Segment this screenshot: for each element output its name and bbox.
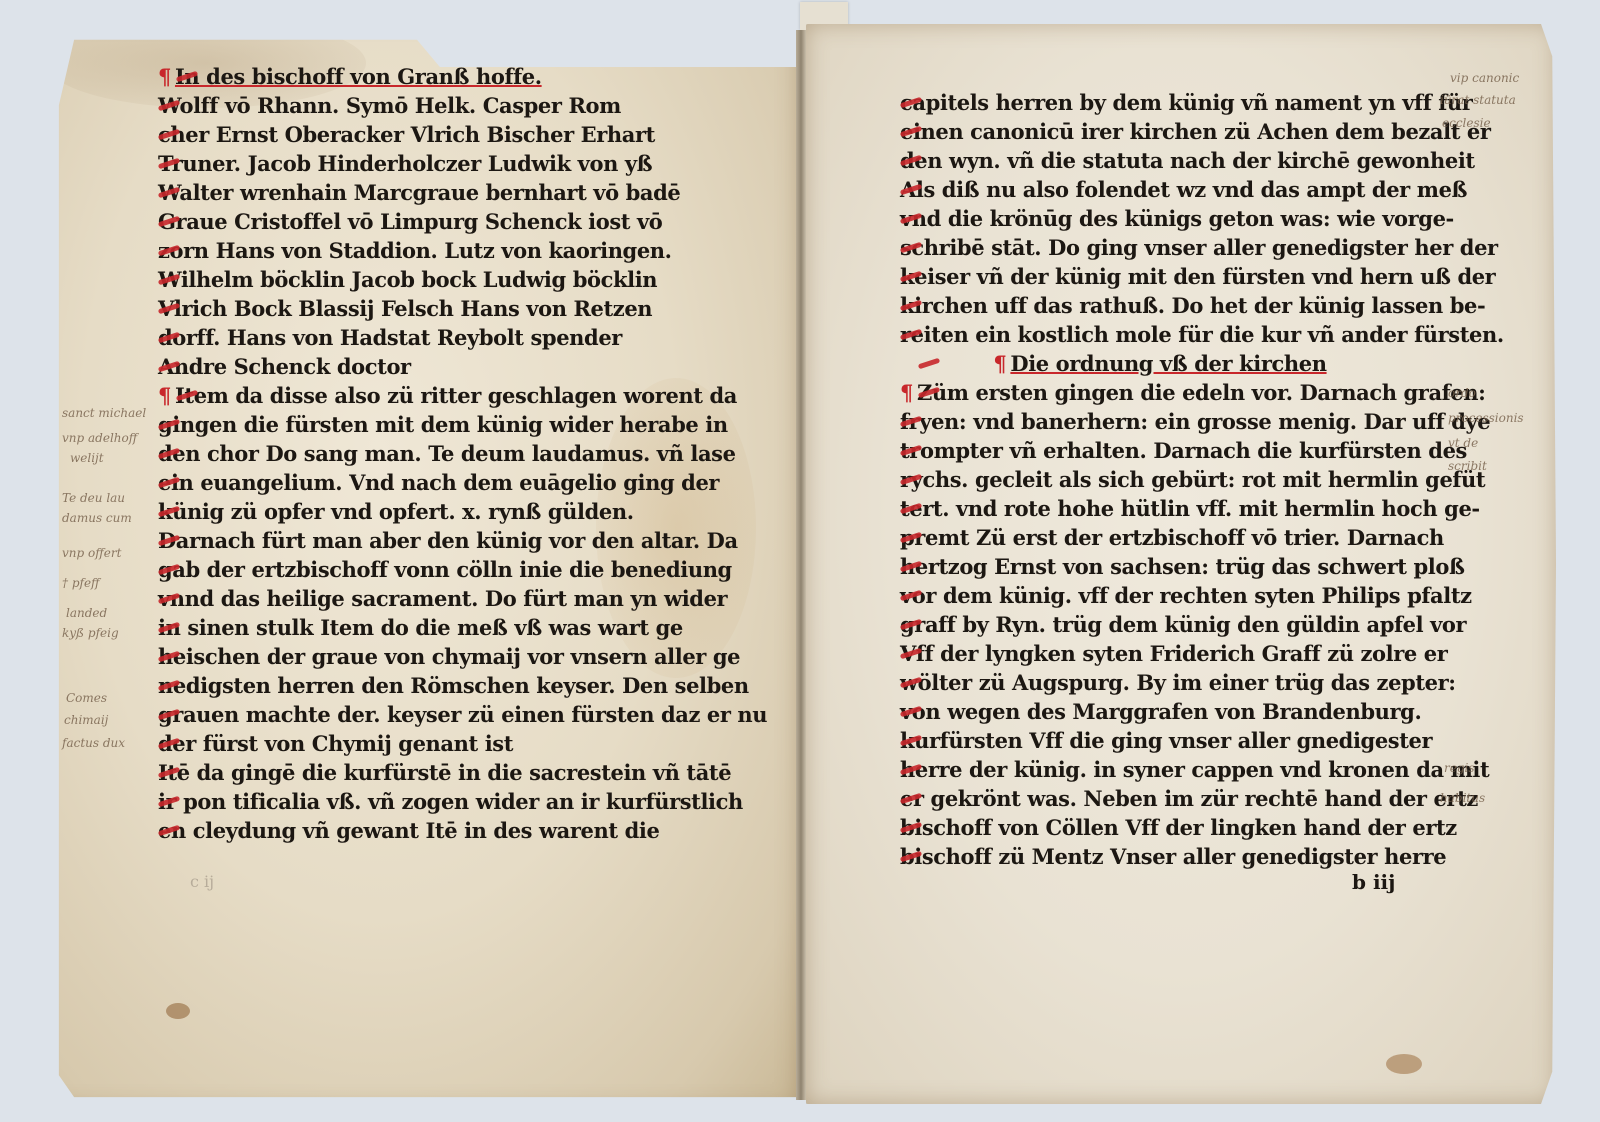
text-line: ein euangelium. Vnd nach dem euāgelio gi… [158,468,678,497]
text-line: vor dem künig. vff der rechten syten Phi… [900,581,1420,610]
line-text: Andre Schenck doctor [158,354,411,379]
marginal-note: iürat statuta [1440,92,1516,108]
text-line: Graue Cristoffel vō Limpurg Schenck iost… [158,207,678,236]
signature-mark: b iij [1352,870,1395,894]
text-line: den wyn. vñ die statuta nach der kirchē … [900,146,1420,175]
section-heading: ¶Die ordnung vß der kirchen [900,349,1420,378]
text-line: Wolff vō Rhann. Symō Helk. Casper Rom [158,91,678,120]
text-line: bischoff von Cöllen Vff der lingken hand… [900,813,1420,842]
pilcrow-icon: ¶ [158,64,171,89]
text-line: kurfürsten Vff die ging vnser aller gned… [900,726,1420,755]
text-line: capitels herren by dem künig vñ nament y… [900,88,1420,117]
line-text: Walter wrenhain Marcgraue bernhart vō ba… [158,180,680,205]
line-text: wölter zü Augspurg. By im einer trüg das… [900,670,1456,695]
marginal-note: regis [1444,760,1475,776]
text-line: graff by Ryn. trüg dem künig den güldin … [900,610,1420,639]
text-line: wölter zü Augspurg. By im einer trüg das… [900,668,1420,697]
spot-stain [1386,1054,1422,1074]
line-text: Graue Cristoffel vō Limpurg Schenck iost… [158,209,662,234]
line-text: graff by Ryn. trüg dem künig den güldin … [900,612,1466,637]
line-text: reiten ein kostlich mole für die kur vñ … [900,322,1504,347]
line-text: bischoff zü Mentz Vnser aller genedigste… [900,844,1446,869]
marginal-note: vip canonic [1450,70,1519,86]
marginal-note: scribit [1448,458,1487,474]
text-line: ¶Item da disse also zü ritter geschlagen… [158,381,678,410]
text-line: Vlrich Bock Blassij Felsch Hans von Retz… [158,294,678,323]
pilcrow-icon: ¶ [993,351,1006,376]
text-line: schribē stāt. Do ging vnser aller genedi… [900,233,1420,262]
text-line: Darnach fürt man aber den künig vor den … [158,526,678,555]
text-line: herre der künig. in syner cappen vnd kro… [900,755,1420,784]
text-line: en cleydung vñ gewant Itē in des warent … [158,816,678,845]
line-text: Truner. Jacob Hinderholczer Ludwik von y… [158,151,652,176]
text-line: in sinen stulk Item do die meß vß was wa… [158,613,678,642]
line-text: fryen: vnd banerhern: ein grosse menig. … [900,409,1490,434]
line-text: Item da disse also zü ritter geschlagen … [175,383,737,408]
text-line: Truner. Jacob Hinderholczer Ludwik von y… [158,149,678,178]
text-line: zorn Hans von Staddion. Lutz von kaoring… [158,236,678,265]
line-text: ein euangelium. Vnd nach dem euāgelio gi… [158,470,719,495]
line-text: herre der künig. in syner cappen vnd kro… [900,757,1489,782]
marginal-note: welijt [70,450,104,466]
line-text: keiser vñ der künig mit den fürsten vnd … [900,264,1495,289]
marginal-note: vnp adelhoff [62,430,137,446]
section-heading: ¶In des bischoff von Granß hoffe. [158,62,678,91]
spot-stain [166,1003,190,1019]
text-line: dorff. Hans von Hadstat Reybolt spender [158,323,678,352]
marginal-note: kyß pfeig [62,625,119,641]
pilcrow-icon: ¶ [900,380,913,405]
gutter [796,30,806,1100]
line-text: grauen machte der. keyser zü einen fürst… [158,702,767,727]
line-text: in sinen stulk Item do die meß vß was wa… [158,615,683,640]
text-line: den chor Do sang man. Te deum laudamus. … [158,439,678,468]
line-text: Als diß nu also folendet wz vnd das ampt… [900,177,1467,202]
rubrication-stroke [918,358,940,370]
line-text: Itē da gingē die kurfürstē in die sacres… [158,760,731,785]
line-text: zorn Hans von Staddion. Lutz von kaoring… [158,238,672,263]
marginal-note: processionis [1448,410,1524,426]
text-line: nedigsten herren den Römschen keyser. De… [158,671,678,700]
text-line: reiten ein kostlich mole für die kur vñ … [900,320,1420,349]
text-line: kirchen uff das rathuß. Do het der künig… [900,291,1420,320]
text-line: grauen machte der. keyser zü einen fürst… [158,700,678,729]
text-line: einen canonicū irer kirchen zü Achen dem… [900,117,1420,146]
marginal-note: ordo [1448,385,1476,401]
line-text: Wolff vō Rhann. Symō Helk. Casper Rom [158,93,621,118]
line-text: von wegen des Marggrafen von Brandenburg… [900,699,1421,724]
line-text: heischen der graue von chymaij vor vnser… [158,644,740,669]
text-line: rychs. gecleit als sich gebürt: rot mit … [900,465,1420,494]
line-text: premt Zü erst der ertzbischoff vō trier.… [900,525,1444,550]
marginal-note: † pfeff [62,575,100,591]
line-text: ir pon tificalia vß. vñ zogen wider an i… [158,789,743,814]
line-text: nedigsten herren den Römschen keyser. De… [158,673,749,698]
line-text: cher Ernst Oberacker Vlrich Bischer Erha… [158,122,655,147]
marginal-note: Comes [66,690,107,706]
text-line: künig zü opfer vnd opfert. x. rynß gülde… [158,497,678,526]
line-text: bischoff von Cöllen Vff der lingken hand… [900,815,1457,840]
marginal-note: Te deu lau [62,490,125,506]
line-text: rychs. gecleit als sich gebürt: rot mit … [900,467,1485,492]
line-text: vor dem künig. vff der rechten syten Phi… [900,583,1472,608]
left-page-text: ¶In des bischoff von Granß hoffe.Wolff v… [158,62,678,845]
line-text: hertzog Ernst von sachsen: trüg das schw… [900,554,1465,579]
text-line: premt Zü erst der ertzbischoff vō trier.… [900,523,1420,552]
line-text: Darnach fürt man aber den künig vor den … [158,528,738,553]
line-text: er gekrönt was. Neben im zür rechtē hand… [900,786,1478,811]
text-line: bischoff zü Mentz Vnser aller genedigste… [900,842,1420,871]
text-line: Vff der lyngken syten Friderich Graff zü… [900,639,1420,668]
book-spread: ¶In des bischoff von Granß hoffe.Wolff v… [0,0,1600,1122]
marginal-note: damus cum [62,510,132,526]
text-line: Andre Schenck doctor [158,352,678,381]
marginal-note: habitus [1440,790,1485,806]
text-line: trompter vñ erhalten. Darnach die kurfür… [900,436,1420,465]
text-line: ¶Züm ersten gingen die edeln vor. Darnac… [900,378,1420,407]
text-line: er gekrönt was. Neben im zür rechtē hand… [900,784,1420,813]
pilcrow-icon: ¶ [158,383,171,408]
marginal-note: landed [66,605,107,621]
marginal-note: vnp offert [62,545,121,561]
line-text: tert. vnd rote hohe hütlin vff. mit herm… [900,496,1480,521]
line-text: kurfürsten Vff die ging vnser aller gned… [900,728,1432,753]
text-line: cher Ernst Oberacker Vlrich Bischer Erha… [158,120,678,149]
text-line: tert. vnd rote hohe hütlin vff. mit herm… [900,494,1420,523]
text-line: hertzog Ernst von sachsen: trüg das schw… [900,552,1420,581]
text-line: fryen: vnd banerhern: ein grosse menig. … [900,407,1420,436]
line-text: den wyn. vñ die statuta nach der kirchē … [900,148,1475,173]
text-line: vnnd das heilige sacrament. Do fürt man … [158,584,678,613]
text-line: Als diß nu also folendet wz vnd das ampt… [900,175,1420,204]
line-text: In des bischoff von Granß hoffe. [175,64,542,89]
marginal-note: sanct michael [62,405,146,421]
line-text: en cleydung vñ gewant Itē in des warent … [158,818,659,843]
text-line: gab der ertzbischoff vonn cölln inie die… [158,555,678,584]
text-line: vnd die krönūg des künigs geton was: wie… [900,204,1420,233]
line-text: dorff. Hans von Hadstat Reybolt spender [158,325,622,350]
marginal-note: vt de [1448,435,1478,451]
text-line: heischen der graue von chymaij vor vnser… [158,642,678,671]
line-text: künig zü opfer vnd opfert. x. rynß gülde… [158,499,634,524]
text-line: Wilhelm böcklin Jacob bock Ludwig böckli… [158,265,678,294]
line-text: einen canonicū irer kirchen zü Achen dem… [900,119,1491,144]
marginal-note: chimaij [64,712,108,728]
text-line: der fürst von Chymij genant ist [158,729,678,758]
line-text: trompter vñ erhalten. Darnach die kurfür… [900,438,1467,463]
line-text: der fürst von Chymij genant ist [158,731,513,756]
line-text: Züm ersten gingen die edeln vor. Darnach… [917,380,1486,405]
line-text: gab der ertzbischoff vonn cölln inie die… [158,557,732,582]
line-text: Vlrich Bock Blassij Felsch Hans von Retz… [158,296,652,321]
right-page-text: capitels herren by dem künig vñ nament y… [900,88,1420,871]
line-text: vnd die krönūg des künigs geton was: wie… [900,206,1454,231]
text-line: keiser vñ der künig mit den fürsten vnd … [900,262,1420,291]
text-line: gingen die fürsten mit dem künig wider h… [158,410,678,439]
line-text: Vff der lyngken syten Friderich Graff zü… [900,641,1447,666]
marginal-note: factus dux [62,735,125,751]
line-text: gingen die fürsten mit dem künig wider h… [158,412,728,437]
text-line: Walter wrenhain Marcgraue bernhart vō ba… [158,178,678,207]
text-line: ir pon tificalia vß. vñ zogen wider an i… [158,787,678,816]
text-line: von wegen des Marggrafen von Brandenburg… [900,697,1420,726]
line-text: capitels herren by dem künig vñ nament y… [900,90,1472,115]
marginal-note: ecclesie [1442,115,1491,131]
line-text: Wilhelm böcklin Jacob bock Ludwig böckli… [158,267,657,292]
line-text: vnnd das heilige sacrament. Do fürt man … [158,586,727,611]
faint-signature-mark: c ij [190,872,214,891]
line-text: den chor Do sang man. Te deum laudamus. … [158,441,736,466]
text-line: Itē da gingē die kurfürstē in die sacres… [158,758,678,787]
line-text: kirchen uff das rathuß. Do het der künig… [900,293,1485,318]
line-text: schribē stāt. Do ging vnser aller genedi… [900,235,1498,260]
line-text: Die ordnung vß der kirchen [1010,351,1326,376]
